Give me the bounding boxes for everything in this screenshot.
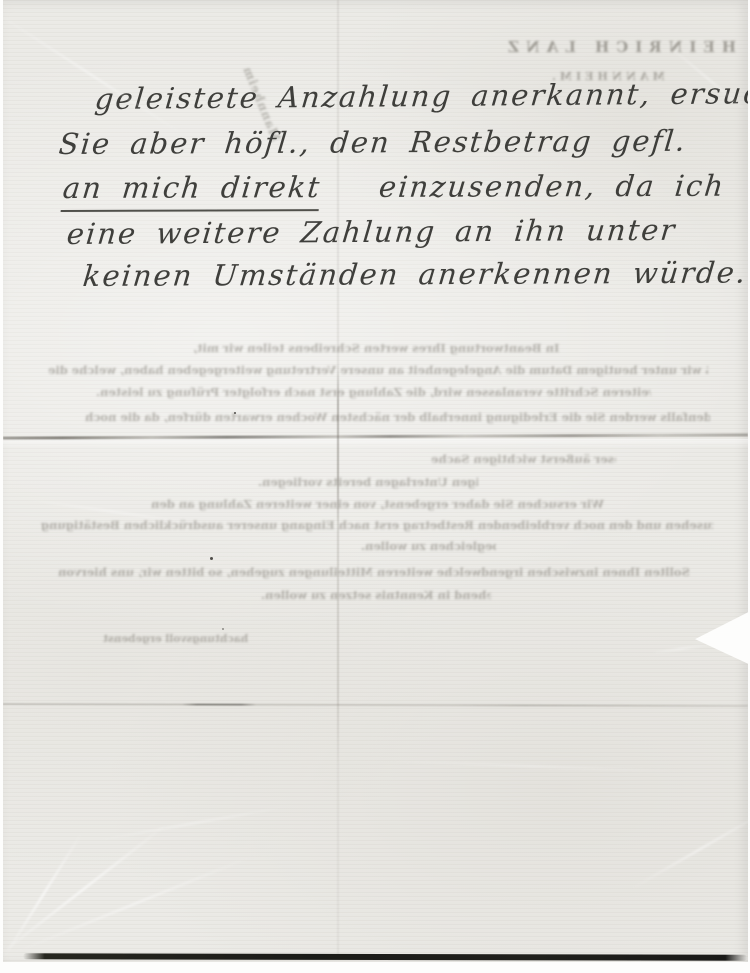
bleedthrough-text-line: Sollten Ihnen inzwischen irgendwelche we… bbox=[58, 565, 713, 579]
handwritten-line-3-rest: einzusenden, da ich bbox=[377, 169, 726, 204]
bleedthrough-text: daß wir unter heutigem Datum die Angeleg… bbox=[48, 363, 708, 377]
paper-crease-streak bbox=[383, 760, 683, 772]
paper-crease-streak bbox=[93, 805, 290, 842]
bleedthrough-text: weiteren Schritte veranlassen wird, die … bbox=[96, 385, 651, 399]
fold-highlight bbox=[3, 439, 748, 448]
handwritten-line-4: eine weitere Zahlung an ihn unter bbox=[65, 213, 678, 251]
paper-speck bbox=[222, 628, 224, 630]
bleedthrough-text-line: begleichen zu wollen. bbox=[361, 539, 496, 553]
bleedthrough-signature-line: Hochachtungsvoll ergebenst bbox=[103, 633, 248, 645]
torn-corner bbox=[694, 610, 748, 666]
handwritten-line-1: geleistete Anzahlung anerkannt, ersuche bbox=[93, 76, 748, 116]
bleedthrough-text: Hochachtungsvoll ergebenst bbox=[103, 633, 248, 645]
bleedthrough-text-line: Wir ersuchen Sie daher ergebenst, von ei… bbox=[151, 497, 666, 511]
page-bottom-edge-shadow bbox=[23, 953, 747, 961]
handwritten-line-3: an mich direkteinzusenden, da ich bbox=[61, 169, 727, 205]
corner-crease-streak bbox=[631, 808, 749, 890]
bleedthrough-text: Vertreter abzusehen und den noch verblei… bbox=[41, 518, 713, 532]
corner-crease-streak bbox=[13, 855, 255, 954]
bleedthrough-text: In Beantwortung Ihres werten Schreibens … bbox=[193, 341, 559, 355]
bleedthrough-text-line: In Beantwortung Ihres werten Schreibens … bbox=[193, 341, 568, 355]
corner-crease-streak bbox=[3, 10, 186, 137]
bleedthrough-text-line: Vertreter abzusehen und den noch verblei… bbox=[41, 518, 713, 532]
handwritten-underlined-phrase: an mich direkt bbox=[61, 170, 323, 212]
horizontal-fold-crease-lower bbox=[3, 703, 748, 707]
bleedthrough-text: zu dieser äußerst wichtigen Sache bbox=[431, 452, 616, 466]
handwritten-line-5: keinen Umständen anerkennen würde. bbox=[81, 256, 748, 293]
bleedthrough-text-line: umgehend in Kenntnis setzen zu wollen. bbox=[261, 588, 491, 602]
vertical-fold-crease bbox=[337, 0, 339, 956]
bleedthrough-text-line: Jedenfalls werden Sie die Erledigung inn… bbox=[85, 410, 710, 424]
bleedthrough-text-line: zu dieser äußerst wichtigen Sache bbox=[431, 452, 616, 466]
bleedthrough-text: Sollten Ihnen inzwischen irgendwelche we… bbox=[58, 565, 690, 579]
handwritten-line-2: Sie aber höfl., den Restbetrag gefl. bbox=[57, 124, 688, 161]
tear-crease-streak bbox=[651, 644, 711, 654]
corner-crease-streak bbox=[3, 823, 168, 957]
scanned-letter: HEINRICH LANZ MANNHEIM. Mannheim In Bean… bbox=[0, 0, 750, 973]
bleedthrough-text: umgehend in Kenntnis setzen zu wollen. bbox=[261, 588, 491, 602]
bleedthrough-text: die nötigen Unterlagen bereits vorliegen… bbox=[258, 475, 478, 489]
letter-page: HEINRICH LANZ MANNHEIM. Mannheim In Bean… bbox=[3, 0, 748, 962]
paper-speck bbox=[234, 412, 236, 414]
bleedthrough-letterhead-name: HEINRICH LANZ bbox=[501, 38, 736, 56]
bleedthrough-letterhead-name-text: HEINRICH LANZ bbox=[501, 38, 736, 56]
bleedthrough-text-line: weiteren Schritte veranlassen wird, die … bbox=[96, 385, 651, 399]
bleedthrough-text: begleichen zu wollen. bbox=[361, 539, 496, 553]
bleedthrough-text: Jedenfalls werden Sie die Erledigung inn… bbox=[85, 410, 710, 424]
bleedthrough-text: Wir ersuchen Sie daher ergebenst, von ei… bbox=[151, 497, 604, 511]
paper-speck bbox=[210, 557, 213, 560]
bleedthrough-text-line: daß wir unter heutigem Datum die Angeleg… bbox=[48, 363, 708, 377]
bleedthrough-text-line: die nötigen Unterlagen bereits vorliegen… bbox=[258, 475, 478, 489]
